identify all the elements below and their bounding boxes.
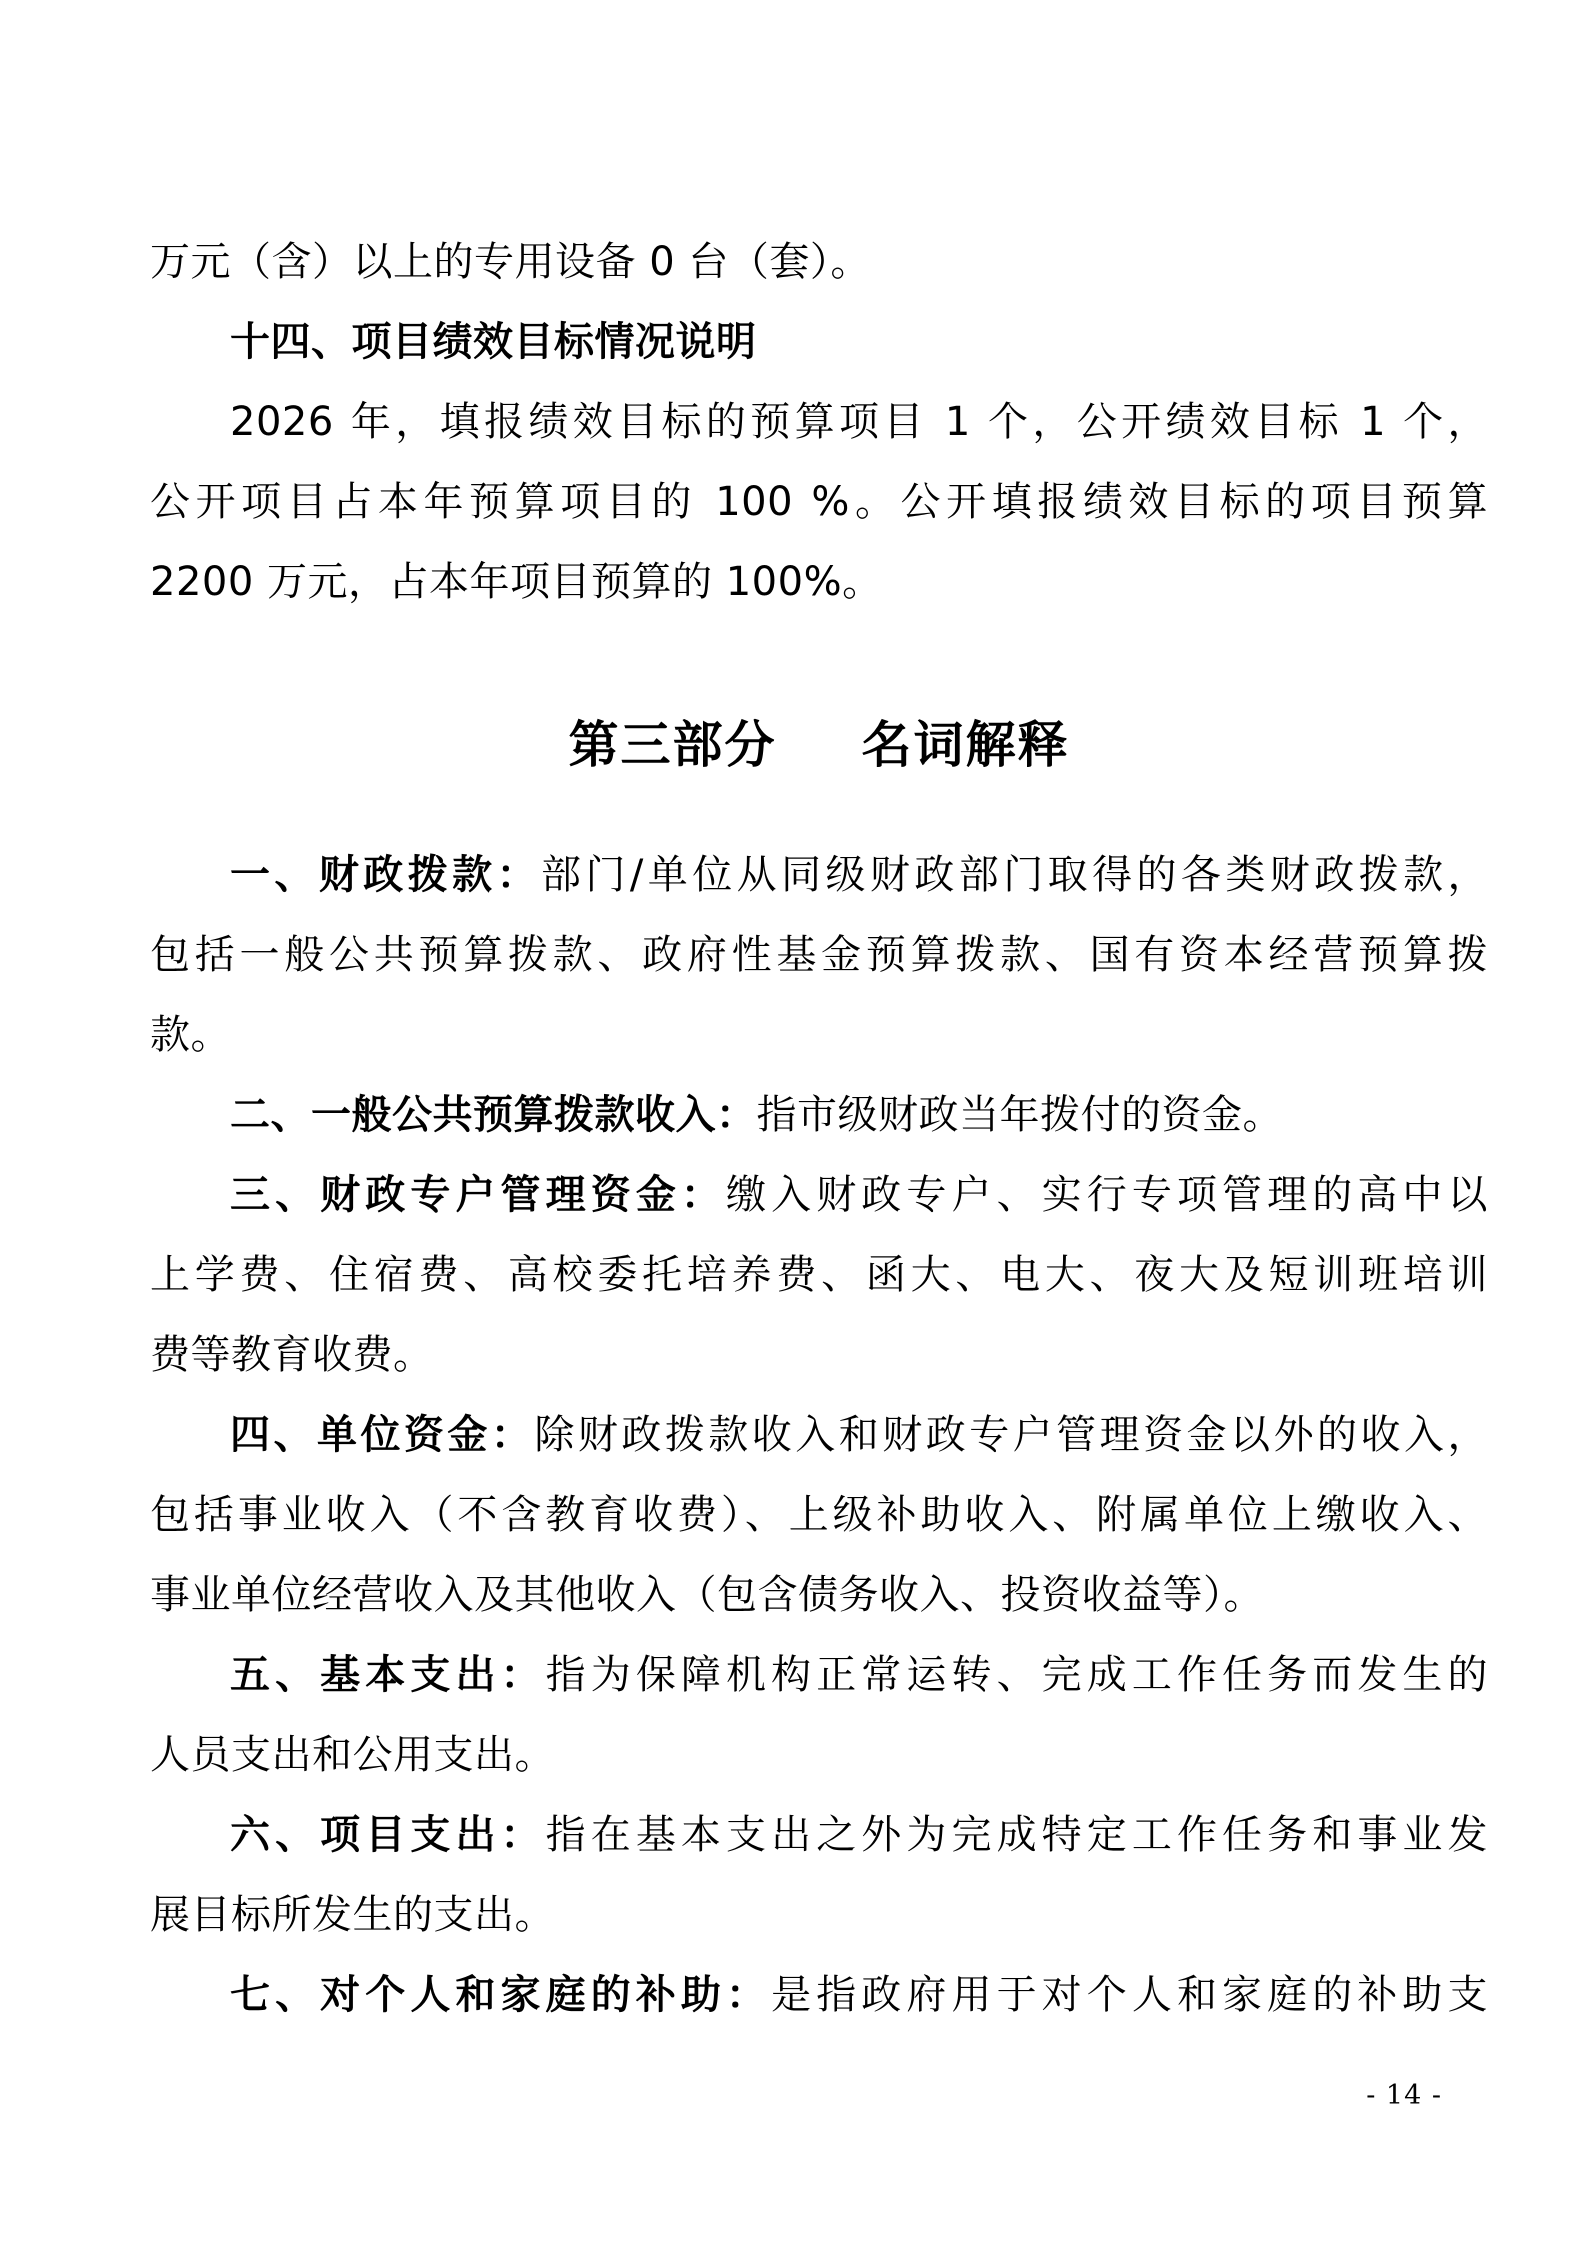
section-14-heading: 十四、项目绩效目标情况说明 (150, 302, 1488, 382)
definition-3-text: 缴入财政专户、实行专项管理的高中以 (726, 1172, 1488, 1218)
definition-4-line: 包括事业收入（不含教育收费）、上级补助收入、附属单位上缴收入、 (150, 1475, 1488, 1555)
document-page: 万元（含）以上的专用设备 0 台（套）。 十四、项目绩效目标情况说明 2026 … (0, 0, 1588, 2245)
definition-6-text: 指在基本支出之外为完成特定工作任务和事业发 (546, 1812, 1488, 1858)
definition-1-text: 部门/单位从同级财政部门取得的各类财政拨款， (541, 852, 1488, 898)
definition-6-line: 展目标所发生的支出。 (150, 1875, 1488, 1955)
definition-7-line: 七、对个人和家庭的补助：是指政府用于对个人和家庭的补助支 (150, 1955, 1488, 2035)
definition-5-line: 人员支出和公用支出。 (150, 1715, 1488, 1795)
definition-7-term: 七、对个人和家庭的补助： (230, 1972, 771, 2018)
definition-2-text: 指市级财政当年拨付的资金。 (757, 1092, 1284, 1138)
carryover-paragraph-line: 万元（含）以上的专用设备 0 台（套）。 (150, 222, 1488, 302)
definition-2-term: 二、一般公共预算拨款收入： (230, 1092, 757, 1138)
section-14-paragraph-line: 2026 年，填报绩效目标的预算项目 1 个，公开绩效目标 1 个， (150, 382, 1488, 462)
definition-3-line: 费等教育收费。 (150, 1315, 1488, 1395)
definition-6-line: 六、项目支出：指在基本支出之外为完成特定工作任务和事业发 (150, 1795, 1488, 1875)
definition-5-line: 五、基本支出：指为保障机构正常运转、完成工作任务而发生的 (150, 1635, 1488, 1715)
definition-3-line: 三、财政专户管理资金：缴入财政专户、实行专项管理的高中以 (150, 1155, 1488, 1235)
section-14-paragraph-line: 2200 万元，占本年项目预算的 100%。 (150, 542, 1488, 622)
part3-title-name: 名词解释 (862, 715, 1070, 774)
definition-5-text: 指为保障机构正常运转、完成工作任务而发生的 (546, 1652, 1488, 1698)
definition-3-term: 三、财政专户管理资金： (230, 1172, 726, 1218)
definition-2-line: 二、一般公共预算拨款收入：指市级财政当年拨付的资金。 (150, 1075, 1488, 1155)
definition-6-term: 六、项目支出： (230, 1812, 546, 1858)
definition-1-line: 款。 (150, 995, 1488, 1075)
definition-3-line: 上学费、住宿费、高校委托培养费、函大、电大、夜大及短训班培训 (150, 1235, 1488, 1315)
section-14-paragraph-line: 公开项目占本年预算项目的 100 %。公开填报绩效目标的项目预算 (150, 462, 1488, 542)
part3-title-part: 第三部分 (569, 715, 777, 774)
page-number: - 14 - (1366, 2080, 1442, 2112)
definition-4-line: 事业单位经营收入及其他收入（包含债务收入、投资收益等）。 (150, 1555, 1488, 1635)
definition-1-line: 一、财政拨款：部门/单位从同级财政部门取得的各类财政拨款， (150, 835, 1488, 915)
definition-4-text: 除财政拨款收入和财政专户管理资金以外的收入， (534, 1412, 1488, 1458)
definition-7-text: 是指政府用于对个人和家庭的补助支 (771, 1972, 1488, 2018)
part3-title: 第三部分名词解释 (150, 700, 1488, 790)
definition-1-line: 包括一般公共预算拨款、政府性基金预算拨款、国有资本经营预算拨 (150, 915, 1488, 995)
definition-1-term: 一、财政拨款： (230, 852, 541, 898)
definition-4-term: 四、单位资金： (230, 1412, 534, 1458)
definition-5-term: 五、基本支出： (230, 1652, 546, 1698)
definition-4-line: 四、单位资金：除财政拨款收入和财政专户管理资金以外的收入， (150, 1395, 1488, 1475)
